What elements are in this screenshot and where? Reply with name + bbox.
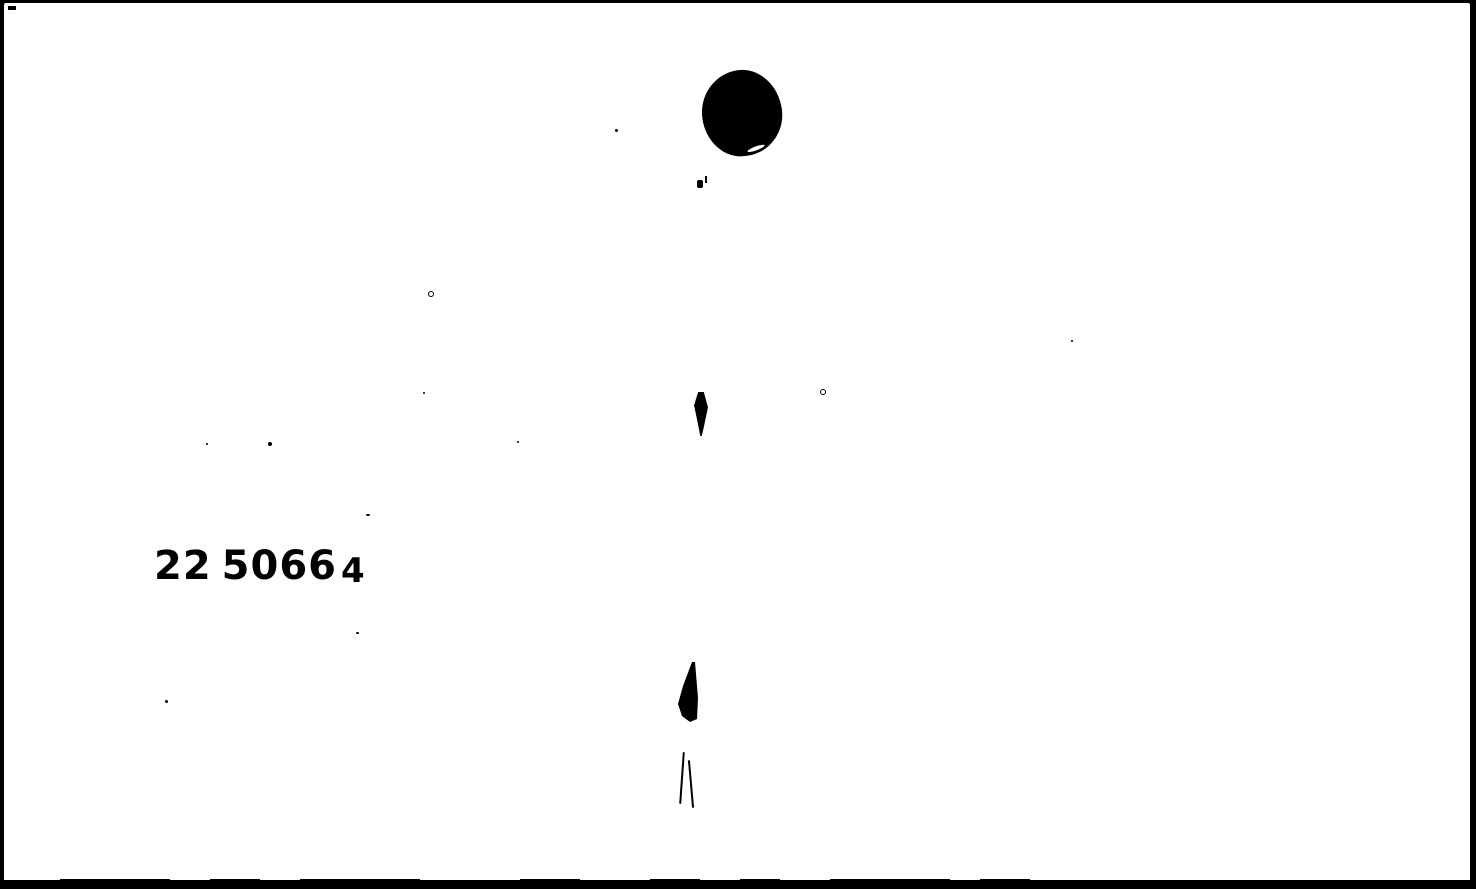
dust-speck: [1071, 340, 1073, 342]
card-right-edge-shadow: [1470, 0, 1476, 889]
card-left-edge-shadow: [0, 0, 4, 250]
card-number-part-2: 5066: [222, 546, 337, 586]
dust-speck: [165, 700, 168, 703]
dust-speck: [615, 129, 618, 132]
card-number-part-1: 22: [154, 546, 212, 586]
card-edge-notch: [8, 6, 16, 10]
dust-speck: [268, 442, 272, 446]
dust-speck: [366, 514, 370, 516]
card-number: 2250664: [154, 546, 366, 588]
ink-speck: [697, 180, 703, 188]
ink-speck: [705, 176, 707, 183]
dust-speck: [428, 291, 434, 297]
card-number-part-3: 4: [341, 554, 366, 588]
dust-speck: [356, 632, 359, 634]
dust-speck: [820, 389, 826, 395]
dust-speck: [423, 392, 425, 394]
dust-speck: [206, 443, 208, 445]
bottom-edge-noise: [0, 872, 1476, 882]
dust-speck: [517, 441, 519, 443]
